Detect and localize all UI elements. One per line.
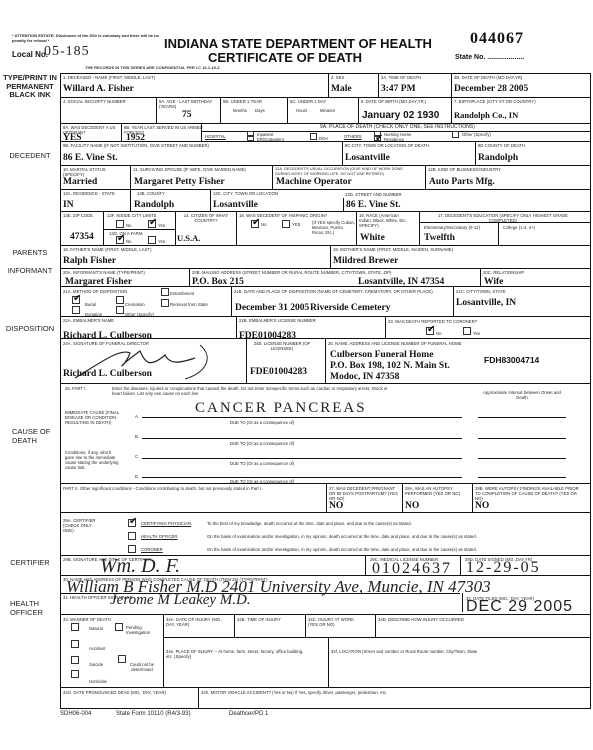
race-label: 16. RACE (American Indian, Black, White,… <box>359 213 409 228</box>
college-label: College (1-4, 4+) <box>503 225 535 230</box>
disposition-city: Losantville, IN <box>456 298 516 309</box>
cause-a-value: CANCER PANCREAS <box>195 400 367 417</box>
removal-checkbox[interactable] <box>161 299 169 307</box>
local-no-value: 05-185 <box>44 44 90 60</box>
line-c-marker: c. <box>135 454 139 459</box>
certificate-number: 044067 <box>470 30 524 48</box>
pronounced-dead-label: 34g. DATE PRONOUNCED DEAD (Mo., Day, Yea… <box>63 690 166 695</box>
sex-label: 2. SEX <box>331 75 344 80</box>
death-city: Losantville <box>345 153 390 164</box>
due-to-c: DUE TO (Or as a consequence of) <box>230 461 294 466</box>
other-place-checkbox[interactable] <box>452 131 459 138</box>
hours-label: Hours <box>296 108 307 113</box>
on-farm-no-checkbox[interactable] <box>116 236 124 244</box>
days-label: Days <box>255 108 265 113</box>
other-specify-label: Other (Specify) <box>462 132 491 137</box>
res-street-label: 13d. STREET AND NUMBER <box>345 192 402 197</box>
coroner-yes-label: Yes <box>473 331 480 336</box>
elementary-label: Elementary/Secondary (0-12) <box>424 225 480 230</box>
res-city-label: 13c. CITY, TOWN OR LOCATION <box>213 191 278 196</box>
marital-status: Married <box>63 177 97 188</box>
health-officer-statement: On the basis of examination and/or inves… <box>207 534 477 539</box>
side-label-informant: INFORMANT <box>2 267 58 276</box>
death-county-label: 9d COUNTY OF DEATH <box>478 143 525 148</box>
inside-city-yes-label: Yes <box>158 223 165 228</box>
state-form-number: State Form 10110 (R4/3-93) <box>116 711 191 717</box>
suicide-checkbox[interactable] <box>71 656 79 664</box>
coroner-checkbox[interactable] <box>128 545 136 553</box>
autopsy-findings-value: NO <box>475 501 489 512</box>
funeral-home-name: Culberson Funeral Home <box>330 350 433 361</box>
disposition-date: December 31 2005 <box>235 303 309 314</box>
coroner-statement: On the basis of examination and/or inves… <box>207 547 477 552</box>
autopsy-label: 28a. WAS AN AUTOPSY PERFORMED (Yes or No… <box>405 486 475 496</box>
part1-label: 26. PART I. <box>65 386 87 391</box>
undetermined-label: Could not be determined <box>127 662 157 672</box>
age-label: 5a. AGE - Last Birthday (Years) <box>159 99 217 109</box>
coroner-label: CORONER <box>141 547 163 552</box>
funeral-home-address1: P.O. Box 198, 102 N. Main St. <box>330 361 450 372</box>
res-state-label: 13a. RESIDENCE - STATE <box>63 191 115 196</box>
health-officer-label: HEALTH OFFICER <box>141 534 177 539</box>
disposition-place-label: 21b. DATE AND PLACE OF DISPOSITION (Name… <box>234 289 433 294</box>
facility-name: 86 E. Vine St. <box>63 153 118 164</box>
res-county-label: 13b. COUNTY <box>137 191 165 196</box>
disposition-city-label: 21c. CITY/TOWN, STATE <box>456 289 506 294</box>
injury-place-label: 34e. PLACE OF INJURY -- At home, farm, s… <box>166 649 306 659</box>
name-label: 1. DECEASED - NAME (First, Middle, Last) <box>63 75 155 80</box>
certifying-physician-label: CERTIFYING PHYSICIAN <box>141 521 191 526</box>
funeral-home-license: FDH83004714 <box>484 355 539 365</box>
education-value: Twelfth <box>424 233 455 244</box>
time-of-death-label: 3a. TIME OF DEATH <box>381 75 421 80</box>
ssn-attention-note: * ATTENTION ESTATE: Disclosure of the SS… <box>12 34 162 43</box>
cremation-label: Cremation <box>125 302 145 307</box>
ssn-label: 4. SOCIAL SECURITY NUMBER <box>63 99 126 104</box>
entombment-checkbox[interactable] <box>161 288 169 296</box>
side-label-decedent: DECEDENT <box>2 152 58 161</box>
entombment-label: Entombment <box>170 291 194 296</box>
homicide-checkbox[interactable] <box>71 670 79 678</box>
burial-checkbox[interactable] <box>72 296 80 304</box>
donation-checkbox[interactable] <box>72 306 80 314</box>
director-signature: Richard L. Culberson <box>63 369 152 380</box>
embalmer-license-label: 22b. EMBALMER'S LICENSE NUMBER <box>239 318 316 323</box>
line-b-marker: b. <box>135 434 139 439</box>
date-of-birth: January 02 1930 <box>362 110 439 121</box>
natural-checkbox[interactable] <box>71 623 79 631</box>
deceased-name: Willard A. Fisher <box>63 84 134 95</box>
inside-city-yes-checkbox[interactable] <box>148 220 156 228</box>
minutes-label: Minutes <box>320 108 335 113</box>
interval-label: Approximate Interval between Onset and D… <box>482 390 562 400</box>
homicide-label: Homicide <box>89 679 107 684</box>
physician-statement: To the best of my knowledge, death occur… <box>207 521 412 526</box>
confidential-note: THE RECORDS IN THIS SERIES ARE CONFIDENT… <box>85 66 219 71</box>
occupation-label: 12a. DECEDENT'S USUAL OCCUPATION (Give k… <box>275 167 410 177</box>
pending-checkbox[interactable] <box>115 623 123 631</box>
side-label-parents: PARENTS <box>2 249 58 258</box>
form-title-agency: INDIANA STATE DEPARTMENT OF HEALTH <box>164 36 432 51</box>
months-label: Months <box>233 108 247 113</box>
health-officer-checkbox[interactable] <box>128 532 136 540</box>
place-of-death-label: 9a. PLACE OF DEATH (Check Only One, See … <box>320 125 475 130</box>
injury-describe-label: 34d. DESCRIBE HOW INJURY OCCURRED <box>378 617 464 622</box>
date-of-death: December 28 2005 <box>454 84 528 95</box>
local-no-label: Local No. <box>12 50 48 59</box>
cremation-checkbox[interactable] <box>116 296 124 304</box>
zip-label: 13e. ZIP CODE <box>63 213 93 218</box>
disposition-place: Riverside Cemetery <box>310 303 390 314</box>
hispanic-note: (If YES specify Cuban, Mexican, Puerto R… <box>312 220 356 235</box>
doa-checkbox[interactable] <box>310 133 317 140</box>
part2-label: PART II. Other significant conditions - … <box>63 486 318 491</box>
form-id: SDH06-004 <box>60 711 91 717</box>
others-label: OTHERS <box>344 134 362 139</box>
accident-label: Accident <box>89 646 105 651</box>
facility-label: 9b. FACILITY NAME (If not institution, g… <box>63 143 209 148</box>
part1-instructions: Enter the diseases, injuries or complica… <box>112 386 392 396</box>
under-1-year-label: 5b. UNDER 1 YEAR <box>223 99 262 104</box>
side-label-disposition: DISPOSITION <box>2 325 58 334</box>
suicide-label: Suicide <box>89 662 103 667</box>
removal-label: Removal from State <box>170 302 208 307</box>
due-to-a: DUE TO (Or as a consequence of) <box>230 420 294 425</box>
relationship-label: 20c. RELATIONSHIP <box>483 270 524 275</box>
time-of-death: 3:47 PM <box>381 84 416 95</box>
line-d-marker: d. <box>135 474 139 479</box>
motor-vehicle-label: 34h. MOTOR VEHICLE ACCIDENT? (Yes or No)… <box>201 690 387 695</box>
date-of-death-label: 3b. DATE OF DEATH (Mo.Day,Yr) <box>454 75 522 80</box>
spouse-label: 11. SURVIVING SPOUSE (If wife, give maid… <box>133 167 273 172</box>
director-license: FDE01004283 <box>250 367 307 378</box>
conditions-label: Conditions, if any, which gave rise to t… <box>65 450 120 470</box>
burial-label: Burial <box>85 302 96 307</box>
on-farm-label: 13g. ON A FARM <box>109 231 143 236</box>
other-disposition-checkbox[interactable] <box>116 306 124 314</box>
mother-name: Mildred Brewer <box>333 256 398 267</box>
informant-address-label: 20b. MAILING ADDRESS (Street number or R… <box>192 270 392 275</box>
deathcer-code: Deathcer/PD 1 <box>229 711 268 717</box>
zip-code: 47354 <box>70 232 94 243</box>
residence-city: Losantville <box>213 200 258 211</box>
coroner-yes-checkbox[interactable] <box>463 327 471 335</box>
autopsy-value: NO <box>405 501 419 512</box>
certifier-type-label: 29a. CERTIFIER (Check only one) <box>63 518 98 533</box>
director-license-label: 24b. LICENSE NUMBER (Of Licensee) <box>252 341 312 351</box>
death-city-label: 9c CITY, TOWN OR LOCATION OF DEATH <box>345 143 429 148</box>
residence-county: Randolph <box>134 200 174 211</box>
hispanic-yes-label: Yes <box>292 222 301 227</box>
health-officer-signature: Jerome M Leakey M.D. <box>110 592 251 609</box>
marital-label: 10. MARITAL STATUS (Specify) <box>63 167 123 177</box>
mother-label: 19. MOTHER'S NAME (First, Middle, Maiden… <box>333 247 453 252</box>
dob-label: 6. DATE OF BIRTH (Mo,Day,Yr.) <box>361 99 426 104</box>
residence-street: 86 E. Vine St. <box>346 200 401 211</box>
due-to-b: DUE TO (Or as a consequence of) <box>230 441 294 446</box>
certifying-physician-checkbox[interactable] <box>128 519 136 527</box>
birthplace: Randolph Co., IN <box>454 110 518 121</box>
death-county: Randolph <box>478 153 518 164</box>
injury-at-work-label: 34c. INJURY AT WORK (Yes or No) <box>308 617 358 627</box>
injury-location-label: 34f. LOCATION (Street and number or Rura… <box>331 649 477 654</box>
state-no-label: State No. ................... <box>455 54 524 61</box>
occupation: Machine Operator <box>276 177 352 188</box>
hispanic-no-checkbox[interactable] <box>251 220 259 228</box>
citizen-label: 14. CITIZEN OF WHAT COUNTRY? <box>180 213 232 223</box>
line-a-marker: a. <box>135 414 139 419</box>
pregnant-label: 27. WAS DECEDENT PREGNANT OR 90 DAYS POS… <box>329 486 399 501</box>
father-label: 18. FATHER'S NAME (First, Middle, Last) <box>63 247 152 252</box>
immediate-cause-label: IMMEDIATE CAUSE (Final disease or condit… <box>65 410 120 425</box>
inside-city-no-label: No <box>126 223 131 228</box>
funeral-home-address2: Modoc, IN 47358 <box>330 372 399 383</box>
autopsy-findings-label: 28b. WERE AUTOPSY FINDINGS AVAILABLE PRI… <box>475 486 585 501</box>
business-label: 12b. KIND OF BUSINESS/INDUSTRY <box>428 167 501 172</box>
on-farm-yes-checkbox[interactable] <box>148 236 156 244</box>
informant-name-label: 20a. INFORMANT'S NAME (Type/Print) <box>63 270 145 275</box>
side-label-health-officer: HEALTH OFFICER <box>10 600 50 617</box>
natural-label: Natural <box>89 626 103 631</box>
hispanic-no-label: No <box>261 222 266 227</box>
father-name: Ralph Fisher <box>63 256 116 267</box>
birthplace-label: 7. BIRTHPLACE (City St or Country) <box>454 99 536 104</box>
on-farm-no-label: No <box>126 239 131 244</box>
hispanic-yes-checkbox[interactable] <box>282 220 290 228</box>
hospital-label: HOSPITAL <box>205 134 226 139</box>
business: Auto Parts Mfg. <box>429 177 495 188</box>
accident-checkbox[interactable] <box>71 640 79 648</box>
age-value: 75 <box>182 110 192 121</box>
race: White <box>360 233 385 244</box>
side-label-certifier: CERTIFIER <box>2 559 58 568</box>
coroner-no-label: No <box>436 331 441 336</box>
funeral-home-label: 25. NAME, ADDRESS AND LICENSE NUMBER OF … <box>328 341 461 346</box>
injury-date-label: 34a. DATE OF INJURY (Mo., Day, Year) <box>166 617 226 627</box>
on-farm-yes-label: Yes <box>158 239 165 244</box>
surviving-spouse: Margaret Petty Fisher <box>134 177 225 188</box>
injury-time-label: 34b. TIME OF INJURY <box>237 617 281 622</box>
sex-value: Male <box>331 84 352 95</box>
manner-label: 33. MANNER OF DEATH <box>63 617 111 622</box>
pregnant-value: NO <box>329 501 343 512</box>
residence-state: IN <box>63 200 74 211</box>
citizen-country: U.S.A. <box>177 233 200 244</box>
form-title: CERTIFICATE OF DEATH <box>208 50 362 65</box>
side-label-cause: CAUSE OF DEATH <box>12 428 52 445</box>
pending-label: Pending Investigation <box>126 625 161 635</box>
embalmer-name-label: 22a. EMBALMER'S NAME <box>63 318 114 323</box>
under-1-day-label: 5c. UNDER 1 DAY <box>290 99 326 104</box>
undetermined-checkbox[interactable] <box>118 655 126 663</box>
side-label-type-print: TYPE/PRINT IN PERMANENT BLACK INK <box>2 74 58 100</box>
coroner-no-checkbox[interactable] <box>426 327 434 335</box>
inside-city-no-checkbox[interactable] <box>116 220 124 228</box>
